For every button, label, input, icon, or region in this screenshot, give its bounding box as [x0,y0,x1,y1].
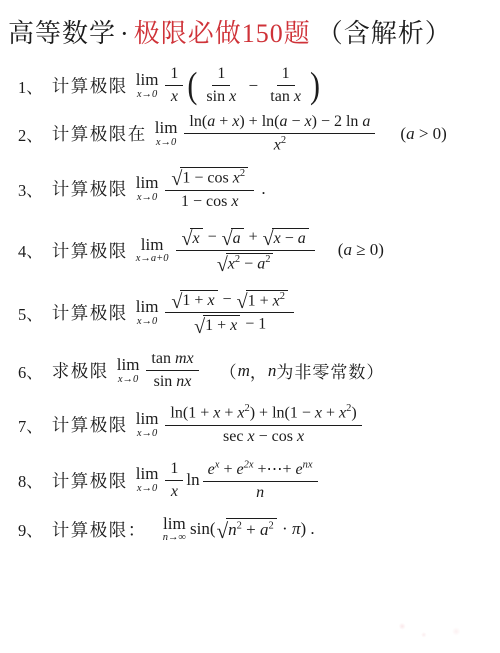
math-text: 1 − cos [182,170,232,187]
math-variable: a [233,230,241,247]
limit-subscript: x→0 [137,90,157,101]
math-text: ) . [300,519,314,539]
math-spacer [318,250,338,251]
square-root: √a [222,228,244,248]
limit-word: lim [136,410,159,428]
math-variable: a [260,520,269,539]
limit-word: lim [136,298,159,316]
math-text: 1 + [205,317,230,334]
fraction: 1sin x [201,65,241,106]
math-chinese-note: ， [250,358,268,383]
problem-number: 8、 [18,468,43,492]
problem-prompt: 计算极限 [52,412,128,437]
problem-row: 4、 计算极限 limx→a+0√x − √a + √x − a√x2 − a2… [0,228,500,273]
square-root: √1 + x2 [237,290,288,310]
square-root: √x − a [263,228,309,248]
math-text: + [219,461,236,478]
limit-subscript: x→0 [137,484,157,495]
math-variable: a [298,230,306,247]
problem-number: 7、 [18,413,43,437]
math-superscript: 2 [240,168,245,179]
math-text: − [219,291,236,308]
fraction-numerator: 1 [165,460,183,481]
math-text: · [278,519,292,539]
math-variable: x [294,88,301,105]
math-variable: n [228,520,237,539]
square-root: √1 + x [171,290,217,310]
problem-number: 4、 [18,238,43,262]
math-variable: π [292,519,301,539]
radical-sign-icon: √ [171,293,182,311]
limit-word: lim [136,174,159,192]
math-variable: x [274,230,281,247]
problem-row: 1、 计算极限 limx→01x(1sin x − 1tan x) [0,65,500,106]
limit-word: lim [136,71,159,89]
math-text: ≥ 0) [352,240,384,260]
problem-prompt: 计算极限在 [52,121,147,146]
radical-sign-icon: √ [222,230,233,248]
problem-prompt: 计算极限： [52,517,147,542]
math-superscript: 2 [269,521,274,532]
math-text: 2 [281,135,286,146]
radicand: x2 − a2 [226,253,274,273]
math-chinese-note: （ [220,358,238,383]
fraction: √1 − cos x21 − cos x [165,167,254,210]
limit-subscript: x→0 [118,375,138,386]
problem-prompt: 计算极限 [52,73,128,98]
math-variable: e [296,461,303,478]
math-variable: x [273,292,280,309]
math-text: 2 [240,168,245,179]
problem-formula: limx→0tan mxsin nx（m，n为非零常数） [116,350,385,391]
problem-number: 9、 [18,517,43,541]
math-variable: x [305,113,312,130]
math-variable: 2x [244,459,254,470]
problem-prompt: 计算极限 [52,238,128,263]
limit-operator: limx→0 [136,465,159,494]
math-text: tan [151,350,175,367]
limit-subscript: x→a+0 [136,254,169,265]
problem-row: 8、 计算极限 limx→01xlnex + e2x +⋯+ enxn [0,459,500,502]
math-text: sin( [190,519,216,539]
fraction-numerator: 1 [165,65,183,86]
problem-prompt: 求极限 [52,358,109,383]
math-variable: a [362,113,370,130]
math-variable: x [207,292,214,309]
math-text: + [245,228,262,245]
limit-word: lim [163,515,186,533]
math-text: sec [223,428,247,445]
fraction: 1x [165,460,183,501]
problem-formula: limx→a+0√x − √a + √x − a√x2 − a2(a ≥ 0) [135,228,384,273]
limit-word: lim [155,119,178,137]
math-text: − cos [255,428,297,445]
math-chinese-note: 为非零常数） [276,358,384,383]
fraction: ln(1 + x + x2) + ln(1 − x + x2)sec x − c… [165,404,361,445]
problem-formula: limx→01xlnex + e2x +⋯+ enxn [135,459,321,502]
problem-number: 6、 [18,359,43,383]
square-root: √1 + x [194,315,240,335]
math-text: 1 [170,460,178,477]
limit-operator: limx→0 [136,71,159,100]
fraction: 1tan x [265,65,306,106]
limit-subscript: x→0 [137,317,157,328]
math-text: +⋯+ [254,461,296,478]
math-variable: x [229,88,236,105]
square-root: √x [182,228,203,248]
math-text: + [220,405,237,422]
problem-formula: limx→0ln(1 + x + x2) + ln(1 − x + x2)sec… [135,404,365,445]
limit-subscript: x→0 [137,193,157,204]
fraction-denominator: √1 + x − 1 [188,313,271,335]
math-spacer [378,133,400,134]
fraction-numerator: ex + e2x +⋯+ enx [203,459,318,482]
limit-operator: limx→0 [136,174,159,203]
fraction: √1 + x − √1 + x2√1 + x − 1 [165,290,294,335]
radicand: 1 + x2 [246,290,288,310]
math-variable: n [256,484,264,501]
math-variable: x [230,317,237,334]
math-text: − 1 [241,316,266,333]
radical-sign-icon: √ [182,230,193,248]
radical-sign-icon: √ [237,293,248,311]
radicand: 1 − cos x2 [180,167,248,187]
math-text: − [240,255,257,272]
math-text: 2 [269,521,274,532]
math-text: 1 [282,65,290,82]
math-text: ) + ln( [239,113,279,130]
fraction-numerator: 1 [277,65,295,86]
math-text: tan [270,88,294,105]
fraction-numerator: √1 − cos x2 [165,167,254,190]
square-root: √x2 − a2 [217,253,274,273]
problem-prompt: 计算极限 [52,176,128,201]
limit-operator: limx→a+0 [136,236,169,265]
radical-sign-icon: √ [171,170,182,188]
title-suffix: （含解析） [317,19,452,48]
math-variable: x [233,170,240,187]
problem-prompt: 计算极限 [52,468,128,493]
fraction-denominator: 1 − cos x [176,191,243,211]
math-variable: x [231,193,238,210]
math-variable: a [207,113,215,130]
math-text: 1 + [248,292,273,309]
fraction: ln(a + x) + ln(a − x) − 2 ln ax2 [184,113,375,154]
math-variable: x [315,405,322,422]
math-text: 1 [217,65,225,82]
problem-row: 2、 计算极限在 limx→0ln(a + x) + ln(a − x) − 2… [0,113,500,154]
math-superscript: 2 [281,135,286,146]
limit-word: lim [136,465,159,483]
problem-row: 5、 计算极限 limx→0√1 + x − √1 + x2√1 + x − 1 [0,290,500,335]
problem-row: 7、 计算极限 limx→0ln(1 + x + x2) + ln(1 − x … [0,404,500,445]
limit-operator: limx→0 [136,298,159,327]
problem-formula: limx→01x(1sin x − 1tan x) [135,65,321,106]
math-text: sin [206,88,229,105]
fraction-numerator: ln(1 + x + x2) + ln(1 − x + x2) [165,404,361,425]
problem-row: 3、 计算极限 limx→0√1 − cos x21 − cos x . [0,167,500,210]
fraction-numerator: √1 + x − √1 + x2 [165,290,294,313]
math-superscript: 2 [265,254,270,265]
radicand: 1 + x [203,315,240,335]
math-variable: n [268,361,277,381]
fraction: 1x [165,65,183,106]
math-superscript: 2x [244,459,254,470]
math-text: . [257,179,266,199]
fraction: √x − √a + √x − a√x2 − a2 [176,228,315,273]
title-prefix: 高等数学 [8,19,116,48]
radical-sign-icon: √ [194,318,205,336]
radical-sign-icon: √ [217,522,229,542]
math-variable: x [297,428,304,445]
fraction: tan mxsin nx [146,350,198,391]
fraction-numerator: ln(a + x) + ln(a − x) − 2 ln a [184,113,375,134]
math-variable: a [257,255,265,272]
problem-number: 5、 [18,301,43,325]
math-big-paren: ) [310,67,320,105]
fraction-denominator: x [166,481,183,501]
problem-number: 3、 [18,177,43,201]
math-text: ) − 2 ln [312,113,363,130]
math-variable: a [406,124,415,144]
math-variable: a [343,240,352,260]
limit-subscript: x→0 [137,429,157,440]
math-text: ) [351,405,356,422]
fraction-denominator: √x2 − a2 [211,251,280,273]
math-variable: x [171,88,178,105]
math-spacer [154,529,162,530]
math-variable: x [247,428,254,445]
limit-operator: limx→0 [117,356,140,385]
watermark-smudge [386,611,476,645]
problem-row: 9、 计算极限： limn→∞sin(√n2 + a2 · π) . [0,515,500,544]
problem-prompt: 计算极限 [52,300,128,325]
problem-formula: limn→∞sin(√n2 + a2 · π) . [154,515,315,544]
problem-formula: limx→0√1 − cos x21 − cos x . [135,167,266,210]
math-text: − [204,228,221,245]
radical-sign-icon: √ [263,230,274,248]
math-text: − [244,76,262,96]
math-variable: m [238,361,250,381]
math-variable: x [171,483,178,500]
math-variable: nx [303,459,313,470]
limit-operator: limn→∞ [163,515,186,544]
math-big-paren: ( [187,67,197,105]
radicand: 1 + x [180,290,217,310]
limit-subscript: n→∞ [163,533,186,544]
math-superscript: 2 [280,291,285,302]
math-superscript: nx [303,459,313,470]
fraction-denominator: sec x − cos x [218,426,309,446]
math-text: − [287,113,304,130]
problem-formula: limx→0√1 + x − √1 + x2√1 + x − 1 [135,290,297,335]
title-highlight: 极限必做150题 [134,19,311,48]
problem-row: 6、 求极限 limx→0tan mxsin nx（m，n为非零常数） [0,350,500,391]
limit-subscript: x→0 [156,138,176,149]
problem-formula: limx→0ln(a + x) + ln(a − x) − 2 ln ax2(a… [154,113,447,154]
math-variable: x [228,255,235,272]
limit-word: lim [117,356,140,374]
math-text: + [215,113,232,130]
math-text: 2 [265,254,270,265]
math-text: ln(1 + [170,405,213,422]
radicand: x − a [272,228,309,248]
limit-operator: limx→0 [155,119,178,148]
fraction-denominator: sin x [201,86,241,106]
page-title: 高等数学·极限必做150题（含解析） [0,0,500,50]
math-text: + [242,520,260,539]
math-text: 1 + [182,292,207,309]
math-text: ) + ln(1 − [250,405,315,422]
math-text: sin [154,373,177,390]
fraction-denominator: x2 [269,134,291,154]
fraction-denominator: sin nx [149,371,197,391]
fraction-numerator: √x − √a + √x − a [176,228,315,251]
square-root: √1 − cos x2 [171,167,248,187]
math-text: ln( [189,113,207,130]
fraction: ex + e2x +⋯+ enxn [203,459,318,502]
limit-operator: limx→0 [136,410,159,439]
limit-word: lim [141,236,164,254]
math-variable: nx [176,373,191,390]
math-variable: e [208,461,215,478]
math-text: > 0) [415,124,447,144]
fraction-numerator: tan mx [146,350,198,371]
math-variable: e [236,461,243,478]
math-variable: x [274,136,281,153]
fraction-denominator: n [251,482,269,502]
math-text: 2 [280,291,285,302]
math-variable: x [192,230,199,247]
math-variable: mx [175,350,194,367]
math-text: + [322,405,339,422]
fraction-numerator: 1 [212,65,230,86]
radicand: n2 + a2 [226,518,277,540]
fraction-denominator: x [166,86,183,106]
math-text: − [281,230,298,247]
math-text: 1 [170,65,178,82]
math-text: ln [186,470,199,490]
math-text: 1 − cos [181,193,231,210]
math-spacer [202,370,220,371]
problem-number: 2、 [18,122,43,146]
radical-sign-icon: √ [217,256,228,274]
problem-number: 1、 [18,74,43,98]
fraction-denominator: tan x [265,86,306,106]
title-separator: · [120,19,130,48]
square-root: √n2 + a2 [217,518,277,540]
